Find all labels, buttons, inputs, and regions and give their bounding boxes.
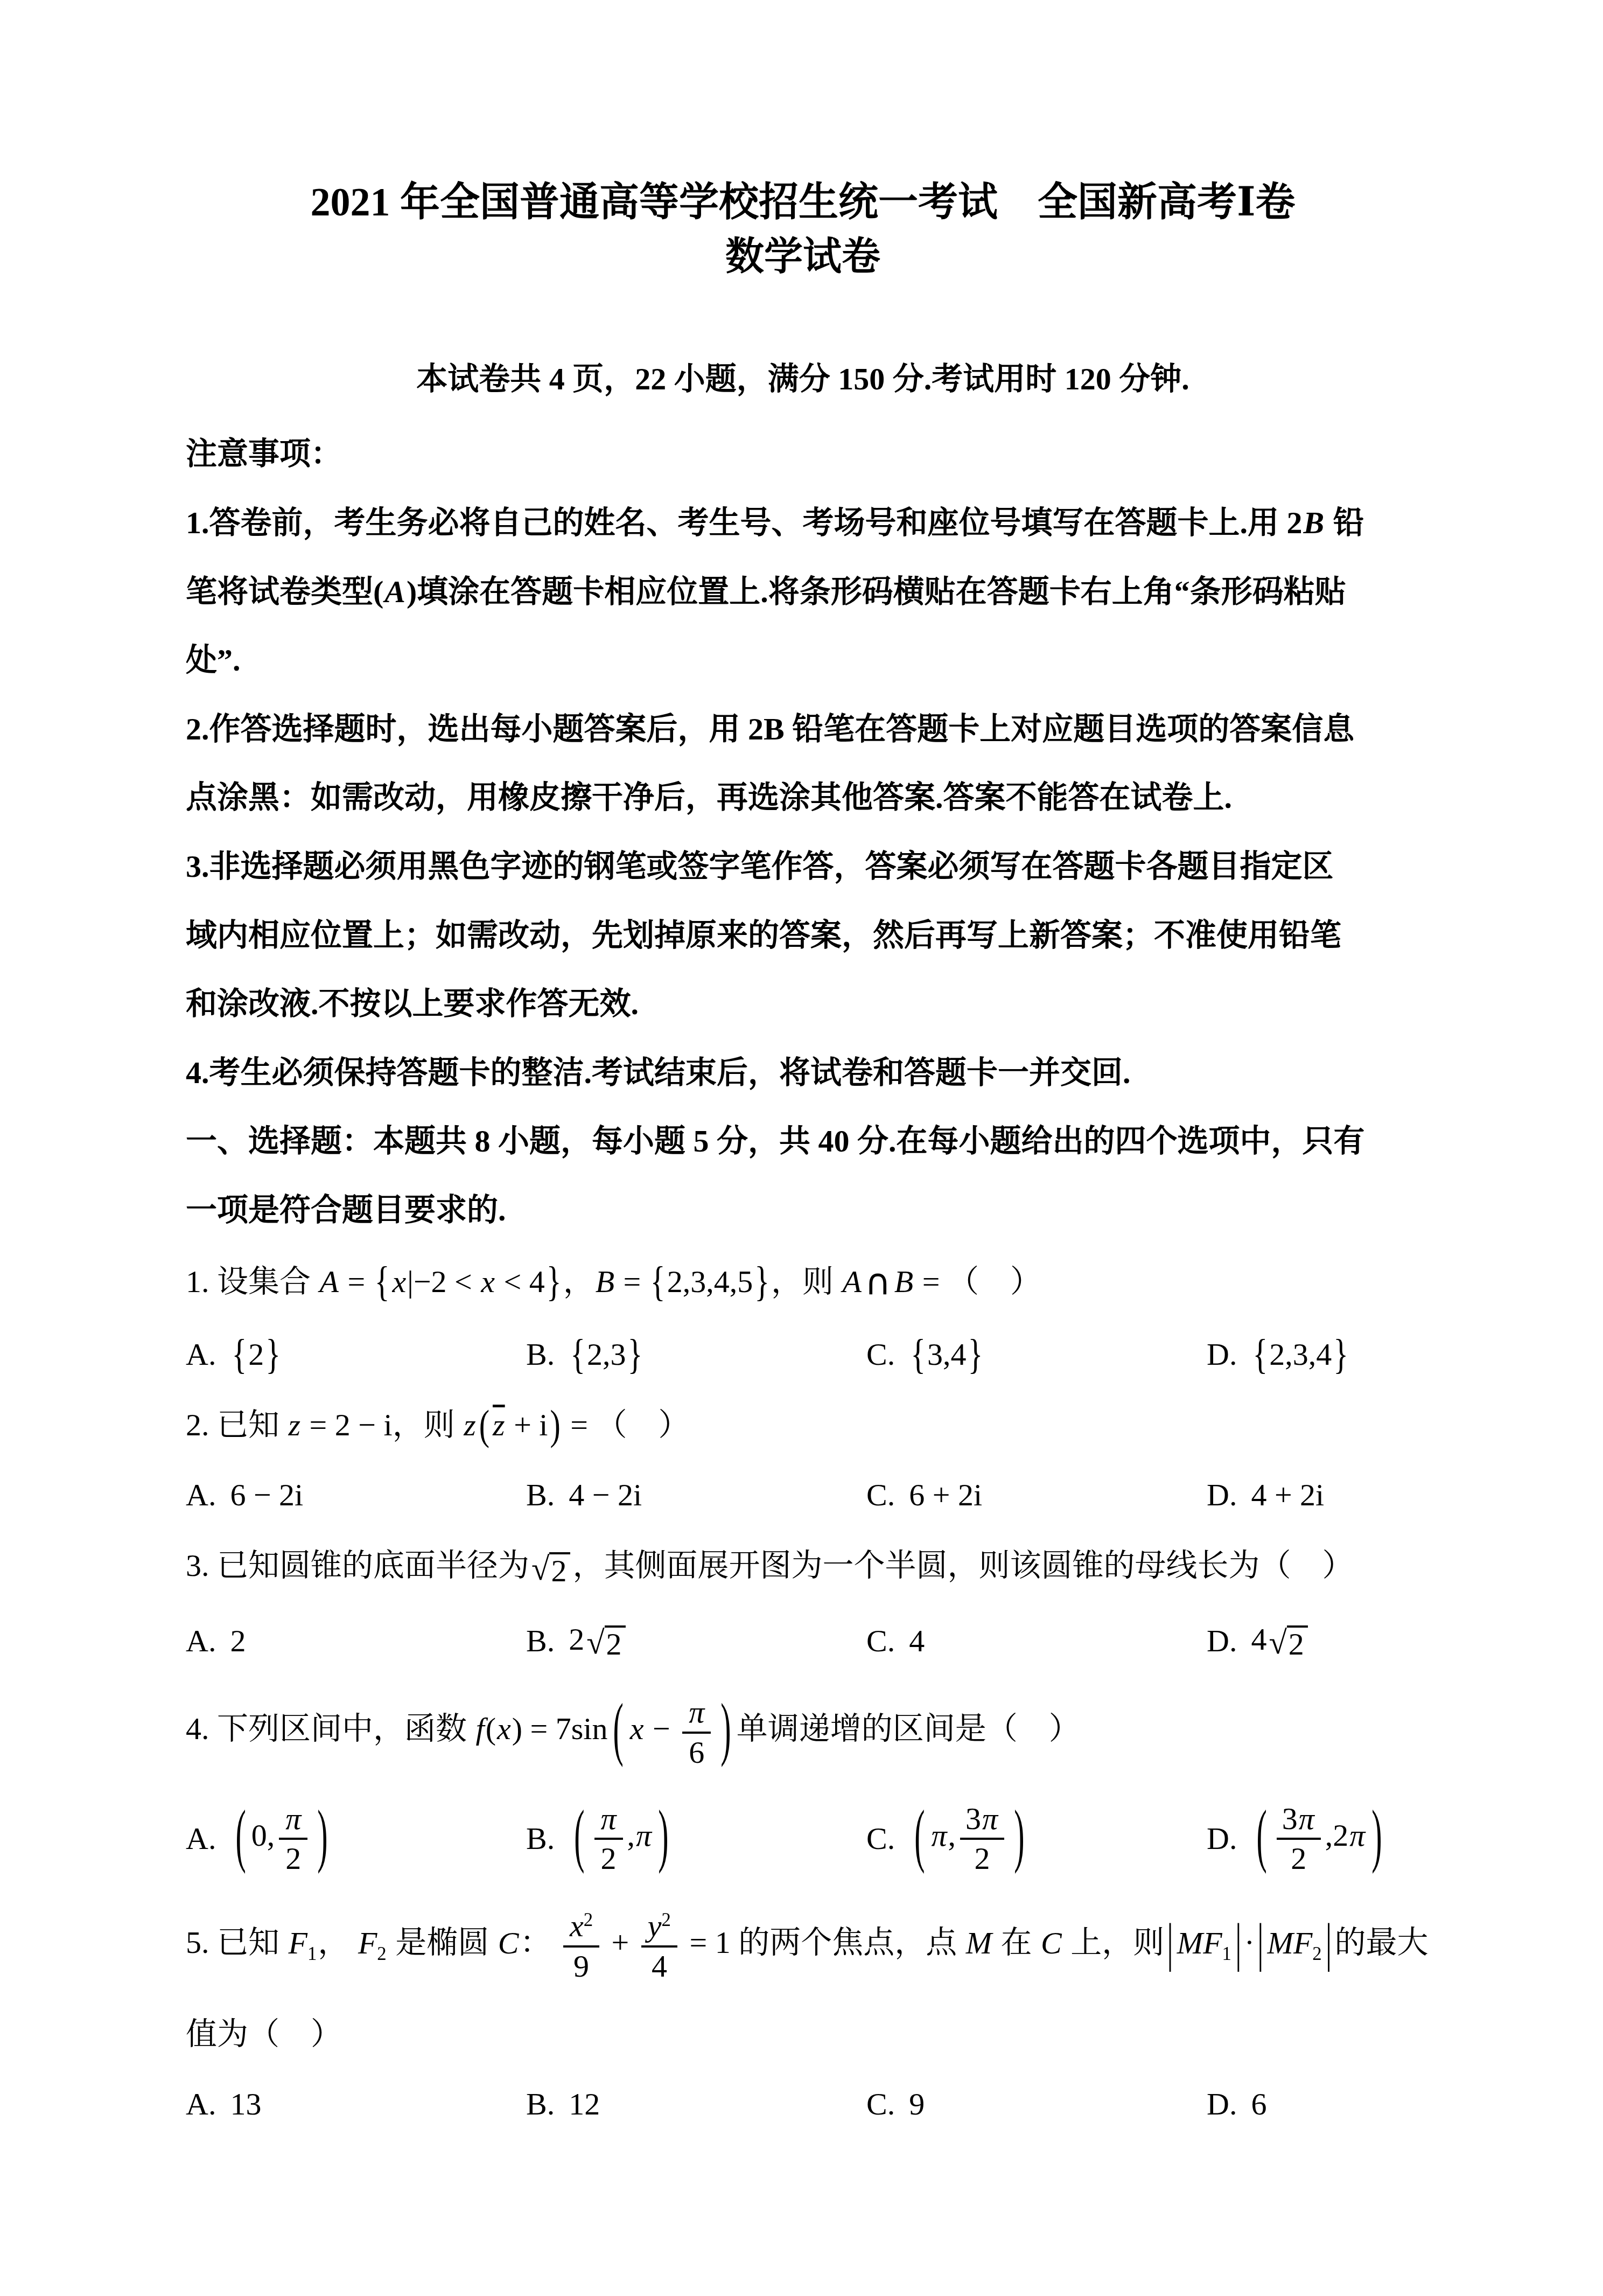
notice-line: 3.非选择题必须用黑色字迹的钢笔或签字笔作答，答案必须写在答题卡各题目指定区 [186, 848, 1420, 885]
question-stem-line: 值为（ ） [186, 2015, 1420, 2053]
option-item: C.{3,4} [866, 1336, 1207, 1373]
radical-sign: √ [1269, 1625, 1286, 1662]
math-variable: B [594, 1264, 615, 1299]
math-variable: f [475, 1711, 486, 1746]
fraction-numerator: y2 [641, 1909, 677, 1948]
math-variable: π [981, 1801, 999, 1836]
question: 2. 已知 z = 2 − i，则 z(z + i) = （ ）A.6 − 2i… [186, 1406, 1420, 1513]
options-row: A.2B.2√2C.4D.4√2 [186, 1621, 1420, 1662]
notice-line: 1.答卷前，考生务必将自己的姓名、考生号、考场号和座位号填写在答题卡上.用 2B… [186, 504, 1420, 542]
fraction-numerator: π [594, 1802, 623, 1840]
math-variable: π [688, 1694, 705, 1729]
math-variable: A [319, 1264, 340, 1299]
exam-page: 2021 年全国普通高等学校招生统一考试 全国新高考Ⅰ卷 数学试卷 本试卷共 4… [0, 0, 1603, 2296]
option-label: D. [1207, 1820, 1237, 1858]
math-variable: π [284, 1801, 302, 1836]
question-list: 1. 设集合 A = {x|−2 < x < 4}，B = {2,3,4,5}，… [186, 1260, 1420, 2123]
option-content: 4 − 2i [569, 1476, 642, 1514]
right-brace: } [265, 1329, 281, 1379]
right-paren: ) [1014, 1793, 1024, 1878]
options-row: A.(0,π2)B.(π2,π)C.(π,3π2)D.(3π2,2π) [186, 1802, 1420, 1876]
option-content: {2,3} [569, 1336, 644, 1373]
right-brace: } [1333, 1329, 1348, 1379]
notice-line: 点涂黑：如需改动，用橡皮擦干净后，再选涂其他答案.答案不能答在试卷上. [186, 779, 1420, 816]
option-content: (3π2,2π) [1251, 1802, 1387, 1876]
notice-list: 1.答卷前，考生务必将自己的姓名、考生号、考场号和座位号填写在答题卡上.用 2B… [186, 504, 1420, 1091]
option-item: D.6 [1207, 2085, 1420, 2123]
math-variable: x [480, 1264, 496, 1299]
notice-line: 4.考生必须保持答题卡的整洁.考试结束后，将试卷和答题卡一并交回. [186, 1054, 1420, 1092]
option-item: A.2 [186, 1622, 526, 1660]
option-label: D. [1207, 1476, 1237, 1514]
option-item: D.(3π2,2π) [1207, 1802, 1420, 1876]
option-content: 6 + 2i [909, 1476, 982, 1514]
option-item: D.4 + 2i [1207, 1476, 1420, 1514]
question-stem-line: 3. 已知圆锥的底面半径为√2，其侧面展开图为一个半圆，则该圆锥的母线长为（ ） [186, 1547, 1420, 1588]
option-item: B.2√2 [526, 1621, 866, 1662]
option-item: B.4 − 2i [526, 1476, 866, 1514]
math-variable: MF2 [1266, 1925, 1323, 1960]
notice-line: 域内相应位置上；如需改动，先划掉原来的答案，然后再写上新答案；不准使用铅笔 [186, 917, 1420, 954]
radical-sign: √ [531, 1551, 549, 1588]
option-label: B. [526, 1820, 555, 1858]
abs-bar: | [1257, 1911, 1264, 1974]
option-content: 2√2 [569, 1621, 627, 1662]
option-label: A. [186, 1336, 216, 1373]
math-variable: A [842, 1264, 863, 1299]
radicand: 2 [1287, 1625, 1308, 1662]
math-variable: B [1303, 505, 1326, 540]
math-sqrt: √2 [1269, 1625, 1307, 1662]
exam-info-line: 本试卷共 4 页，22 小题，满分 150 分.考试用时 120 分钟. [186, 360, 1420, 398]
notice-line: 笔将试卷类型(A)填涂在答题卡相应位置上.将条形码横贴在答题卡右上角“条形码粘贴 [186, 573, 1420, 611]
math-variable: x [629, 1711, 645, 1746]
right-paren: ) [317, 1793, 327, 1878]
math-variable: B [893, 1264, 914, 1299]
math-variable: x2 [569, 1908, 594, 1943]
section-heading: 一、选择题：本题共 8 小题，每小题 5 分，共 40 分.在每小题给出的四个选… [186, 1122, 1420, 1229]
left-paren: ( [235, 1793, 246, 1878]
right-paren: ) [550, 1400, 560, 1450]
question: 4. 下列区间中，函数 f(x) = 7sin(x − π6)单调递增的区间是（… [186, 1695, 1420, 1876]
option-content: 12 [569, 2085, 600, 2123]
math-variable: z [463, 1407, 477, 1442]
option-content: 4√2 [1251, 1621, 1310, 1662]
math-fraction: π6 [682, 1695, 711, 1769]
option-item: A.13 [186, 2085, 526, 2123]
option-content: (π2,π) [569, 1802, 674, 1876]
option-content: (0,π2) [230, 1802, 333, 1876]
intersection-symbol: ∩ [865, 1261, 891, 1303]
math-variable: C [497, 1925, 520, 1960]
right-brace: } [968, 1329, 983, 1379]
fraction-numerator: π [682, 1695, 711, 1734]
right-paren: ) [720, 1686, 731, 1771]
left-brace: { [911, 1329, 926, 1379]
left-brace: { [650, 1256, 666, 1307]
option-label: C. [866, 1476, 895, 1514]
right-paren: ) [1371, 1793, 1382, 1878]
option-item: B.12 [526, 2085, 866, 2123]
fraction-denominator: 6 [682, 1734, 711, 1769]
left-brace: { [1252, 1329, 1268, 1379]
option-item: B.{2,3} [526, 1336, 866, 1373]
math-variable: A [383, 574, 407, 609]
option-label: A. [186, 2085, 216, 2123]
radical-sign: √ [586, 1625, 604, 1662]
option-label: B. [526, 1476, 555, 1514]
options-row: A.{2}B.{2,3}C.{3,4}D.{2,3,4} [186, 1336, 1420, 1373]
math-variable: π [1298, 1801, 1315, 1836]
notice-heading: 注意事项： [186, 435, 1420, 473]
radicand: 2 [549, 1552, 570, 1588]
fraction-denominator: 2 [279, 1840, 307, 1875]
math-variable: y2 [647, 1908, 672, 1943]
option-label: B. [526, 1622, 555, 1660]
option-item: B.(π2,π) [526, 1802, 866, 1876]
left-paren: ( [479, 1400, 489, 1450]
fraction-denominator: 9 [563, 1948, 599, 1983]
math-variable: F2 [357, 1925, 388, 1960]
option-content: {3,4} [909, 1336, 984, 1373]
option-content: 13 [230, 2085, 261, 2123]
option-item: A.(0,π2) [186, 1802, 526, 1876]
option-content: 4 [909, 1622, 925, 1660]
math-variable: x [391, 1264, 408, 1299]
fraction-numerator: 3π [1277, 1802, 1321, 1840]
abs-bar: | [1235, 1911, 1242, 1974]
option-content: 6 [1251, 2085, 1266, 2123]
options-row: A.6 − 2iB.4 − 2iC.6 + 2iD.4 + 2i [186, 1476, 1420, 1514]
fraction-numerator: 3π [960, 1802, 1004, 1840]
left-paren: ( [914, 1793, 925, 1878]
math-fraction: 3π2 [960, 1802, 1004, 1876]
fraction-denominator: 2 [1277, 1840, 1321, 1875]
math-variable: MF1 [1176, 1925, 1233, 1960]
math-fraction: 3π2 [1277, 1802, 1321, 1876]
exam-subtitle: 数学试卷 [186, 233, 1420, 280]
question: 1. 设集合 A = {x|−2 < x < 4}，B = {2,3,4,5}，… [186, 1260, 1420, 1373]
option-item: A.6 − 2i [186, 1476, 526, 1514]
question: 5. 已知 F1， F2 是椭圆 C： x29 + y24 = 1 的两个焦点，… [186, 1909, 1420, 2123]
math-variable: z [288, 1407, 302, 1442]
option-item: C.4 [866, 1622, 1207, 1660]
math-fraction: x29 [563, 1909, 599, 1983]
option-label: A. [186, 1820, 216, 1858]
option-label: D. [1207, 2085, 1237, 2123]
option-label: D. [1207, 1336, 1237, 1373]
right-paren: ) [658, 1793, 668, 1878]
fraction-denominator: 2 [594, 1840, 623, 1875]
fraction-numerator: π [279, 1802, 307, 1840]
notice-line: 处”. [186, 641, 1420, 679]
math-variable: x [496, 1711, 512, 1746]
math-fraction: π2 [594, 1802, 623, 1876]
option-label: A. [186, 1476, 216, 1514]
fraction-denominator: 2 [960, 1840, 1004, 1875]
option-label: C. [866, 1622, 895, 1660]
notice-line: 2.作答选择题时，选出每小题答案后，用 2B 铅笔在答题卡上对应题目选项的答案信… [186, 710, 1420, 748]
question-stem-line: 2. 已知 z = 2 − i，则 z(z + i) = （ ） [186, 1406, 1420, 1444]
question: 3. 已知圆锥的底面半径为√2，其侧面展开图为一个半圆，则该圆锥的母线长为（ ）… [186, 1547, 1420, 1661]
math-conjugate: z [492, 1407, 506, 1442]
math-fraction: π2 [279, 1802, 307, 1876]
option-item: D.4√2 [1207, 1621, 1420, 1662]
option-label: B. [526, 1336, 555, 1373]
left-paren: ( [1256, 1793, 1266, 1878]
section-line: 一项是符合题目要求的. [186, 1191, 1420, 1229]
radicand: 2 [605, 1625, 626, 1662]
math-variable: F1 [288, 1925, 318, 1960]
question-stem-line: 5. 已知 F1， F2 是椭圆 C： x29 + y24 = 1 的两个焦点，… [186, 1909, 1420, 1983]
option-label: A. [186, 1622, 216, 1660]
option-item: C.(π,3π2) [866, 1802, 1207, 1876]
math-variable: π [1348, 1818, 1366, 1853]
option-content: {2} [230, 1336, 282, 1373]
option-content: (π,3π2) [909, 1802, 1030, 1876]
fraction-numerator: x2 [563, 1909, 599, 1948]
section-line: 一、选择题：本题共 8 小题，每小题 5 分，共 40 分.在每小题给出的四个选… [186, 1122, 1420, 1160]
left-brace: { [375, 1256, 390, 1307]
left-paren: ( [574, 1793, 584, 1878]
math-fraction: y24 [641, 1909, 677, 1983]
options-row: A.13B.12C.9D.6 [186, 2085, 1420, 2123]
option-label: C. [866, 1820, 895, 1858]
question-stem-line: 1. 设集合 A = {x|−2 < x < 4}，B = {2,3,4,5}，… [186, 1260, 1420, 1303]
left-paren: ( [613, 1686, 623, 1771]
notice-line: 和涂改液.不按以上要求作答无效. [186, 985, 1420, 1023]
abs-bar: | [1167, 1911, 1173, 1974]
option-label: D. [1207, 1622, 1237, 1660]
question-stem-line: 4. 下列区间中，函数 f(x) = 7sin(x − π6)单调递增的区间是（… [186, 1695, 1420, 1769]
math-variable: C [1040, 1925, 1063, 1960]
math-sqrt: √2 [586, 1625, 625, 1662]
abs-bar: | [1326, 1911, 1332, 1974]
left-brace: { [570, 1329, 585, 1379]
math-sqrt: √2 [531, 1551, 570, 1588]
option-content: 4 + 2i [1251, 1476, 1324, 1514]
right-brace: } [628, 1329, 643, 1379]
option-item: A.{2} [186, 1336, 526, 1373]
option-content: {2,3,4} [1251, 1336, 1350, 1373]
option-content: 6 − 2i [230, 1476, 303, 1514]
right-brace: } [547, 1256, 562, 1307]
option-content: 2 [230, 1622, 246, 1660]
option-item: D.{2,3,4} [1207, 1336, 1420, 1373]
option-label: C. [866, 2085, 895, 2123]
math-variable: π [600, 1801, 618, 1836]
option-item: C.9 [866, 2085, 1207, 2123]
math-variable: M [965, 1925, 993, 1960]
option-content: 9 [909, 2085, 925, 2123]
right-brace: } [754, 1256, 769, 1307]
option-item: C.6 + 2i [866, 1476, 1207, 1514]
math-variable: π [635, 1818, 653, 1853]
option-label: C. [866, 1336, 895, 1373]
option-label: B. [526, 2085, 555, 2123]
left-brace: { [232, 1329, 247, 1379]
exam-title: 2021 年全国普通高等学校招生统一考试 全国新高考Ⅰ卷 [186, 178, 1420, 228]
fraction-denominator: 4 [641, 1948, 677, 1983]
math-variable: π [930, 1818, 948, 1853]
